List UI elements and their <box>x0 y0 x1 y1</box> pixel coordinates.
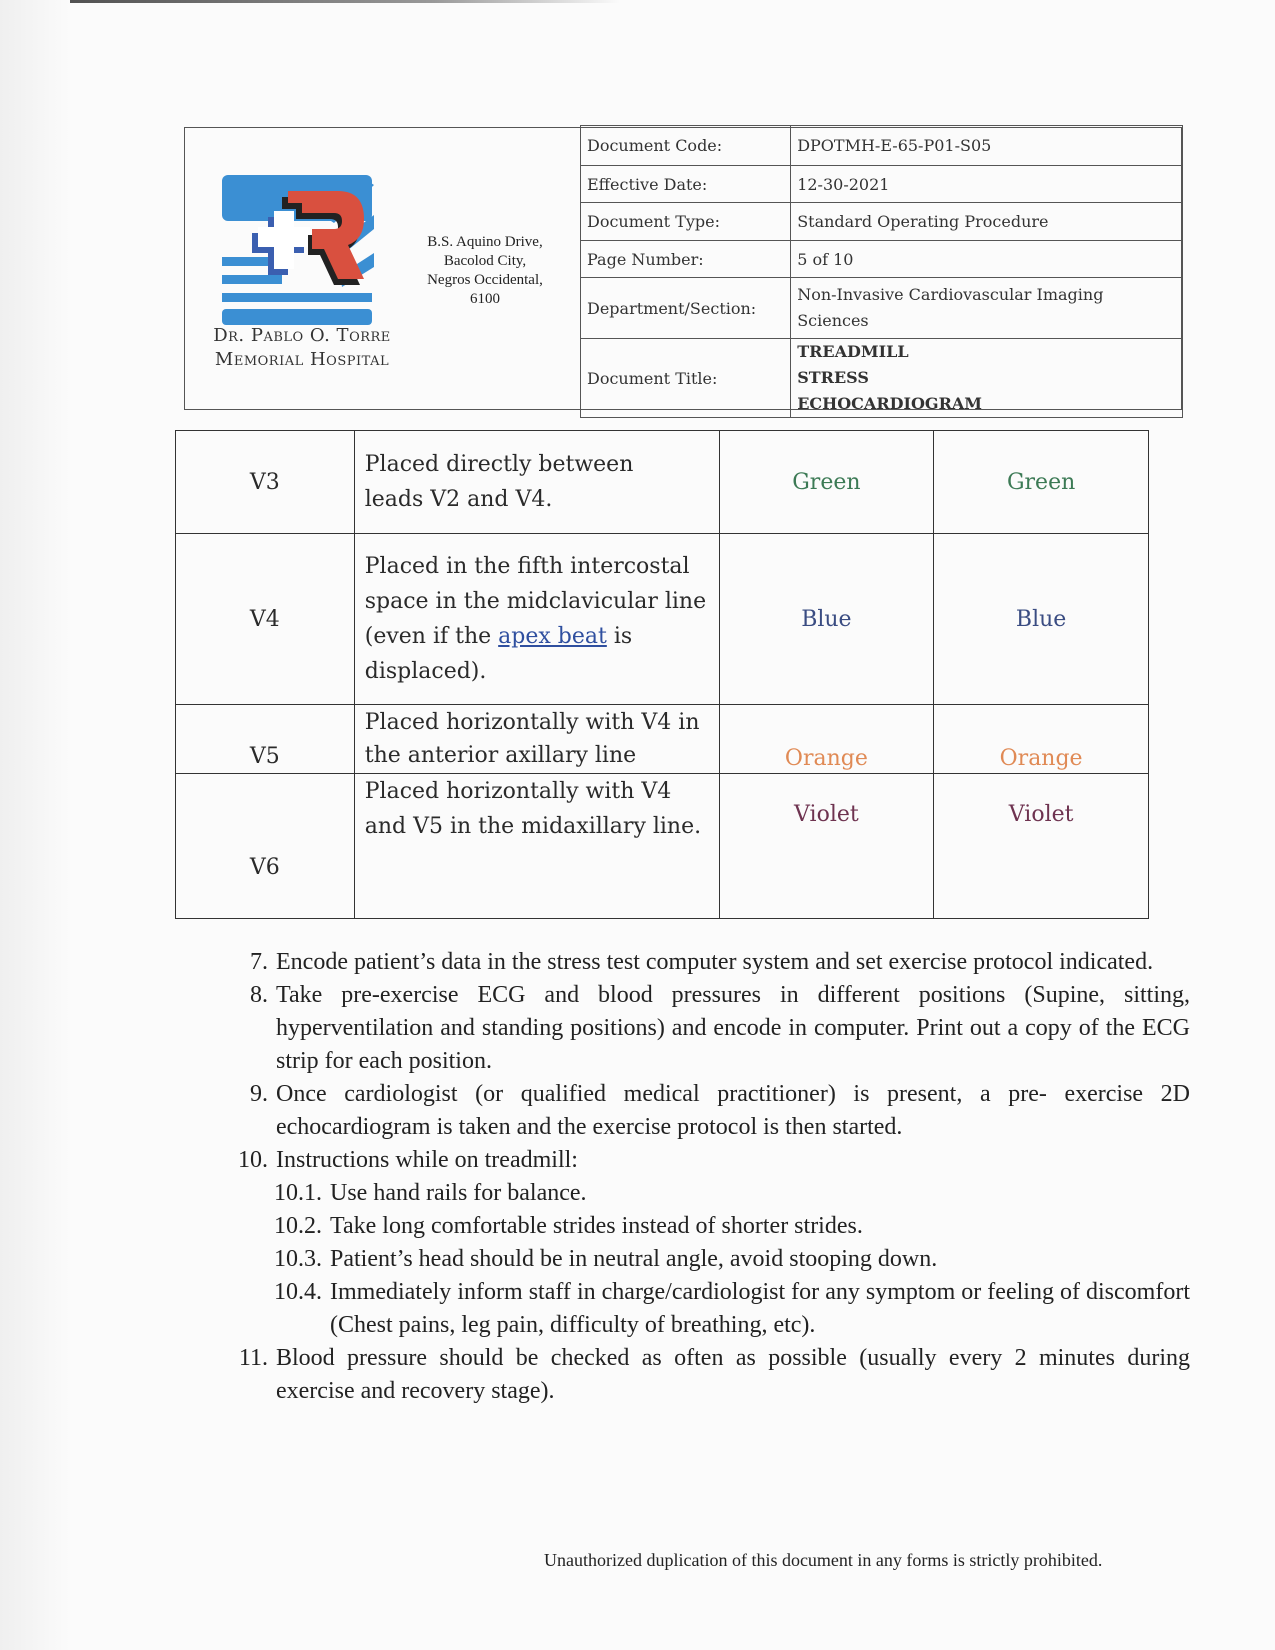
address-line: Bacolod City, <box>410 252 560 271</box>
substep-number: 10.1. <box>274 1177 330 1210</box>
lead-name: V6 <box>176 774 355 919</box>
meta-label: Document Title: <box>581 339 791 418</box>
apex-beat-link[interactable]: apex beat <box>498 624 607 649</box>
meta-value: DPOTMH-E-65-P01-S05 <box>791 126 1183 166</box>
step-number: 11. <box>220 1342 276 1408</box>
list-item: 8.Take pre-exercise ECG and blood pressu… <box>220 979 1190 1078</box>
meta-row-document-title: Document Title: TREADMILL STRESS ECHOCAR… <box>581 339 1183 418</box>
step-text: Once cardiologist (or qualified medical … <box>276 1078 1190 1144</box>
lead-color: Green <box>719 431 934 534</box>
sub-list-item: 10.2.Take long comfortable strides inste… <box>274 1210 1190 1243</box>
hospital-name-line1: Dr. Pablo O. Torre <box>196 324 408 348</box>
meta-row-effective-date: Effective Date: 12-30-2021 <box>581 166 1183 203</box>
ecg-lead-table: V3 Placed directly between leads V2 and … <box>175 430 1149 919</box>
meta-label: Document Type: <box>581 203 791 241</box>
hospital-name: Dr. Pablo O. Torre Memorial Hospital <box>196 324 408 372</box>
list-item: 9.Once cardiologist (or qualified medica… <box>220 1078 1190 1144</box>
table-row: V5 Placed horizontally with V4 in the an… <box>176 705 1149 774</box>
substep-text: Take long comfortable strides instead of… <box>330 1210 1190 1243</box>
meta-row-document-code: Document Code: DPOTMH-E-65-P01-S05 <box>581 126 1183 166</box>
step-text: Take pre-exercise ECG and blood pressure… <box>276 979 1190 1078</box>
lead-color: Violet <box>719 774 934 919</box>
list-item: 11.Blood pressure should be checked as o… <box>220 1342 1190 1408</box>
hospital-logo-icon <box>222 175 378 325</box>
list-item: 10.Instructions while on treadmill: <box>220 1144 1190 1177</box>
step-text: Blood pressure should be checked as ofte… <box>276 1342 1190 1408</box>
hospital-name-line2: Memorial Hospital <box>196 348 408 372</box>
table-row: V3 Placed directly between leads V2 and … <box>176 431 1149 534</box>
substep-number: 10.3. <box>274 1243 330 1276</box>
lead-name: V3 <box>176 431 355 534</box>
lead-placement: Placed horizontally with V4 in the anter… <box>354 705 719 774</box>
meta-row-page-number: Page Number: 5 of 10 <box>581 241 1183 278</box>
substep-number: 10.4. <box>274 1276 330 1342</box>
step-number: 7. <box>220 946 276 979</box>
substep-text: Immediately inform staff in charge/cardi… <box>330 1276 1190 1342</box>
meta-value: 5 of 10 <box>791 241 1183 278</box>
meta-label: Page Number: <box>581 241 791 278</box>
lead-placement: Placed horizontally with V4 and V5 in th… <box>354 774 719 919</box>
address-line: 6100 <box>410 290 560 309</box>
substep-number: 10.2. <box>274 1210 330 1243</box>
meta-row-department: Department/Section: Non-Invasive Cardiov… <box>581 278 1183 339</box>
table-row: V4 Placed in the fifth intercostal space… <box>176 534 1149 705</box>
sub-list-item: 10.3.Patient’s head should be in neutral… <box>274 1243 1190 1276</box>
document-title: TREADMILL STRESS ECHOCARDIOGRAM <box>791 339 1183 418</box>
procedure-steps: 7.Encode patient’s data in the stress te… <box>220 946 1190 1408</box>
meta-label: Department/Section: <box>581 278 791 339</box>
lead-color: Blue <box>719 534 934 705</box>
address-line: B.S. Aquino Drive, <box>410 233 560 252</box>
lead-name: V4 <box>176 534 355 705</box>
step-text: Instructions while on treadmill: <box>276 1144 1190 1177</box>
table-row: V6 Placed horizontally with V4 and V5 in… <box>176 774 1149 919</box>
lead-placement: Placed directly between leads V2 and V4. <box>354 431 719 534</box>
hospital-address: B.S. Aquino Drive, Bacolod City, Negros … <box>410 233 560 309</box>
sub-list-item: 10.4.Immediately inform staff in charge/… <box>274 1276 1190 1342</box>
step-number: 9. <box>220 1078 276 1144</box>
address-line: Negros Occidental, <box>410 271 560 290</box>
footer-notice: Unauthorized duplication of this documen… <box>544 1550 1102 1571</box>
meta-label: Effective Date: <box>581 166 791 203</box>
lead-placement: Placed in the fifth intercostal space in… <box>354 534 719 705</box>
meta-value: Standard Operating Procedure <box>791 203 1183 241</box>
substep-text: Patient’s head should be in neutral angl… <box>330 1243 1190 1276</box>
step-text: Encode patient’s data in the stress test… <box>276 946 1190 979</box>
scan-edge-shadow <box>0 0 620 3</box>
lead-name: V5 <box>176 705 355 774</box>
placement-text: Placed directly between leads V2 and V4. <box>365 447 635 517</box>
meta-label: Document Code: <box>581 126 791 166</box>
meta-value: Non-Invasive Cardiovascular Imaging Scie… <box>791 278 1183 339</box>
substep-text: Use hand rails for balance. <box>330 1177 1190 1210</box>
lead-color: Blue <box>934 534 1149 705</box>
step-number: 8. <box>220 979 276 1078</box>
lead-color: Green <box>934 431 1149 534</box>
meta-row-document-type: Document Type: Standard Operating Proced… <box>581 203 1183 241</box>
sub-list-item: 10.1.Use hand rails for balance. <box>274 1177 1190 1210</box>
step-number: 10. <box>220 1144 276 1177</box>
meta-value: 12-30-2021 <box>791 166 1183 203</box>
list-item: 7.Encode patient’s data in the stress te… <box>220 946 1190 979</box>
scan-margin-shade <box>0 0 70 1650</box>
lead-color: Orange <box>719 705 934 774</box>
lead-color: Violet <box>934 774 1149 919</box>
lead-color: Orange <box>934 705 1149 774</box>
document-meta-table: Document Code: DPOTMH-E-65-P01-S05 Effec… <box>580 125 1183 418</box>
